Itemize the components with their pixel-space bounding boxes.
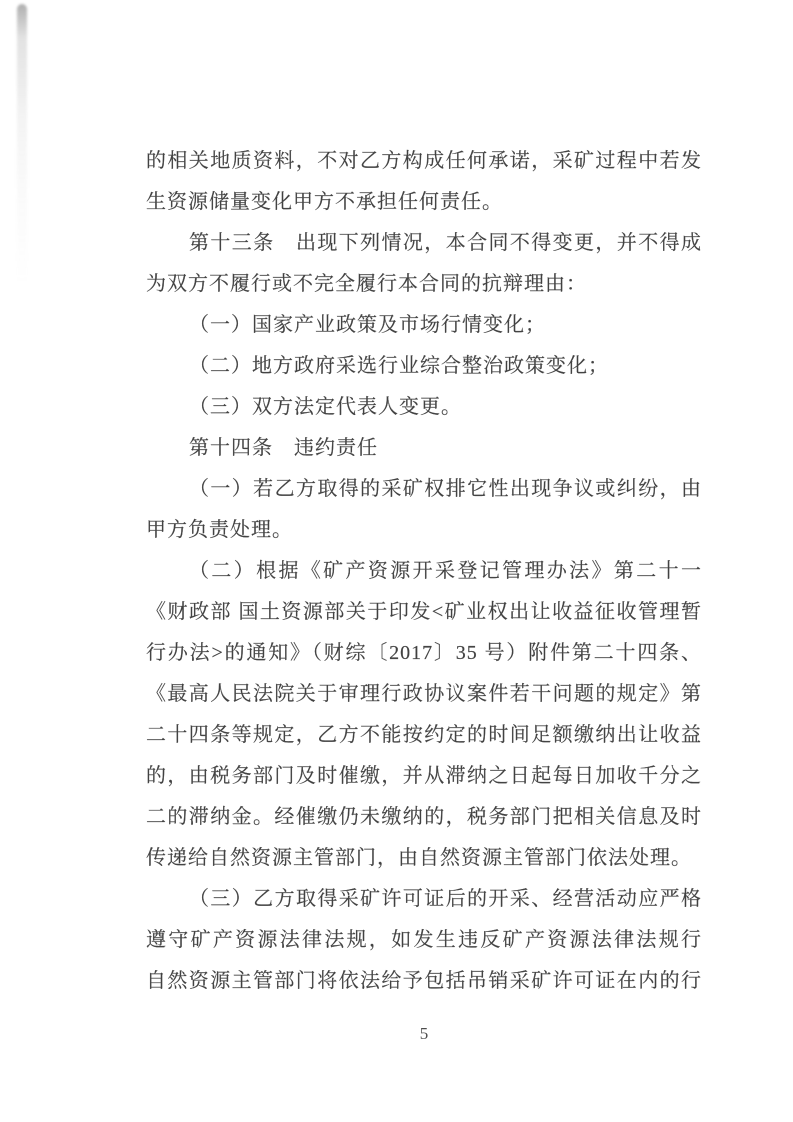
document-page: 的相关地质资料，不对乙方构成任何承诺，采矿过程中若发生资源储量变化甲方不承担任何…: [0, 0, 793, 1122]
text-line: 传递给自然资源主管部门，由自然资源主管部门依法处理。: [146, 838, 702, 879]
text-line: 《最高人民法院关于审理行政协议案件若干问题的规定》第: [146, 674, 702, 715]
text-line: 自然资源主管部门将依法给予包括吊销采矿许可证在内的行: [146, 961, 702, 1002]
text-line: 行办法>的通知》（财综〔2017〕35 号）附件第二十四条、: [146, 633, 702, 674]
scan-artifact-smudge: [17, 4, 27, 284]
text-line: （三）双方法定代表人变更。: [146, 387, 702, 428]
text-line: 第十四条 违约责任: [146, 428, 702, 469]
text-line: 的，由税务部门及时催缴，并从滞纳之日起每日加收千分之: [146, 756, 702, 797]
contract-text-block: 的相关地质资料，不对乙方构成任何承诺，采矿过程中若发生资源储量变化甲方不承担任何…: [146, 141, 702, 1002]
page-number: 5: [146, 1013, 702, 1054]
text-line: （三）乙方取得采矿许可证后的开采、经营活动应严格: [146, 879, 702, 920]
text-line: （一）若乙方取得的采矿权排它性出现争议或纠纷，由: [146, 469, 702, 510]
text-line: 的相关地质资料，不对乙方构成任何承诺，采矿过程中若发: [146, 141, 702, 182]
text-line: 第十三条 出现下列情况，本合同不得变更，并不得成: [146, 223, 702, 264]
text-line: 《财政部 国土资源部关于印发<矿业权出让收益征收管理暂: [146, 592, 702, 633]
text-line: 遵守矿产资源法律法规，如发生违反矿产资源法律法规行为，: [146, 920, 702, 961]
text-line: 甲方负责处理。: [146, 510, 702, 551]
text-line: 生资源储量变化甲方不承担任何责任。: [146, 182, 702, 223]
text-line: 二的滞纳金。经催缴仍未缴纳的，税务部门把相关信息及时: [146, 797, 702, 838]
text-line: （二）地方政府采选行业综合整治政策变化；: [146, 346, 702, 387]
text-line: 为双方不履行或不完全履行本合同的抗辩理由：: [146, 264, 702, 305]
text-line: 二十四条等规定，乙方不能按约定的时间足额缴纳出让收益: [146, 715, 702, 756]
text-line: （二）根据《矿产资源开采登记管理办法》第二十一条、: [146, 551, 702, 592]
text-line: （一）国家产业政策及市场行情变化；: [146, 305, 702, 346]
